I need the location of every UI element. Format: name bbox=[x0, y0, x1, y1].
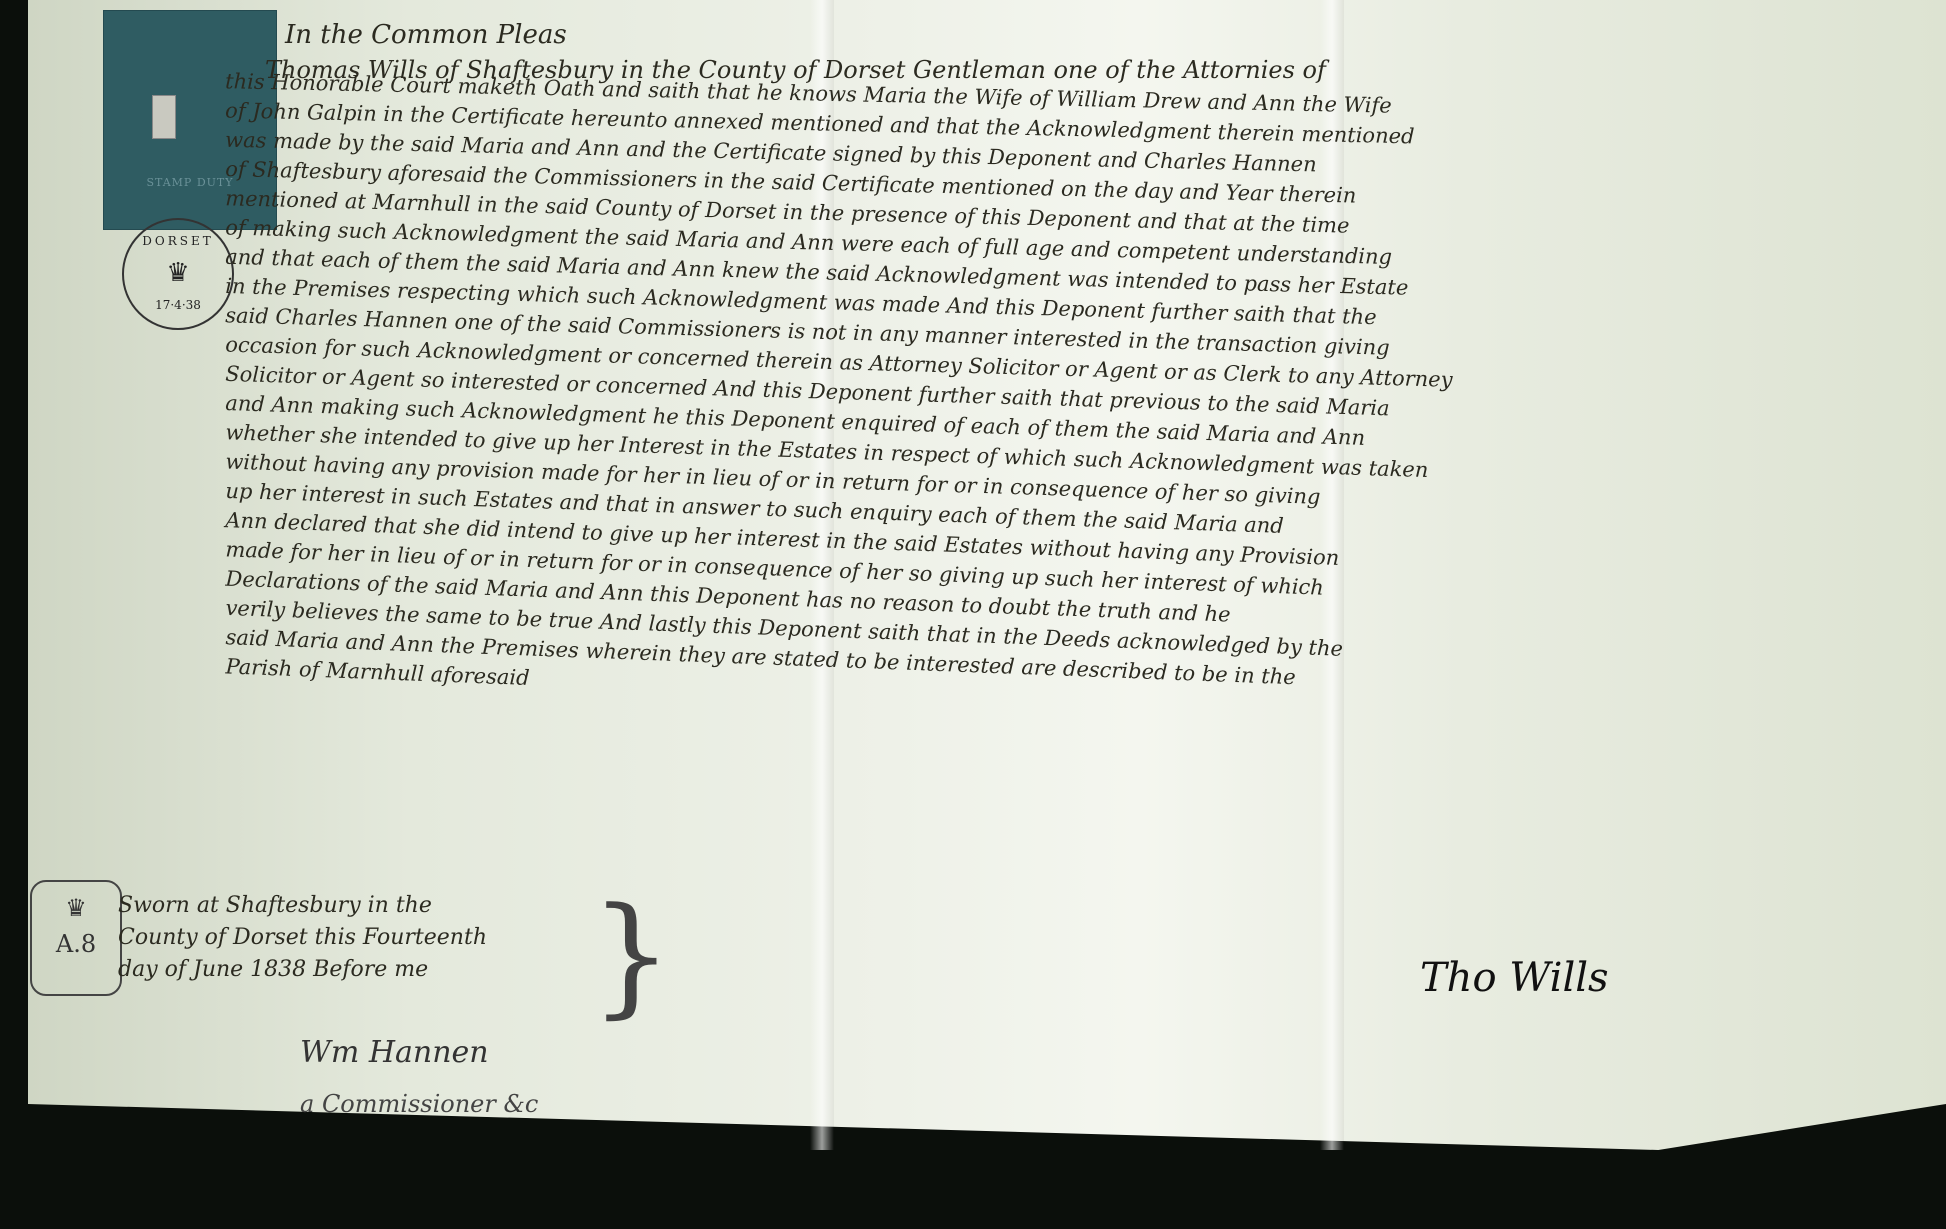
embossed-seal-icon bbox=[152, 95, 176, 139]
affidavit-body: this Honorable Court maketh Oath and sai… bbox=[225, 84, 1925, 714]
crown-icon: ♛ bbox=[32, 894, 120, 922]
dorset-postmark: DORSET ♛ 17·4·38 bbox=[122, 218, 234, 330]
commissioner-title: a Commissioner &c bbox=[300, 1090, 538, 1118]
affidavit-text: In the Common Pleas Thomas Wills of Shaf… bbox=[225, 20, 1925, 714]
deponent-signature: Tho Wills bbox=[1420, 955, 1609, 1001]
jurat: Sworn at Shaftesbury in the County of Do… bbox=[118, 890, 558, 986]
brace-mark: } bbox=[590, 890, 673, 1020]
commissioner-signature: Wm Hannen bbox=[300, 1035, 489, 1070]
court-heading: In the Common Pleas bbox=[285, 20, 1925, 50]
octagon-stamp: ♛ A.8 bbox=[30, 880, 122, 996]
crown-icon: ♛ bbox=[124, 258, 232, 288]
